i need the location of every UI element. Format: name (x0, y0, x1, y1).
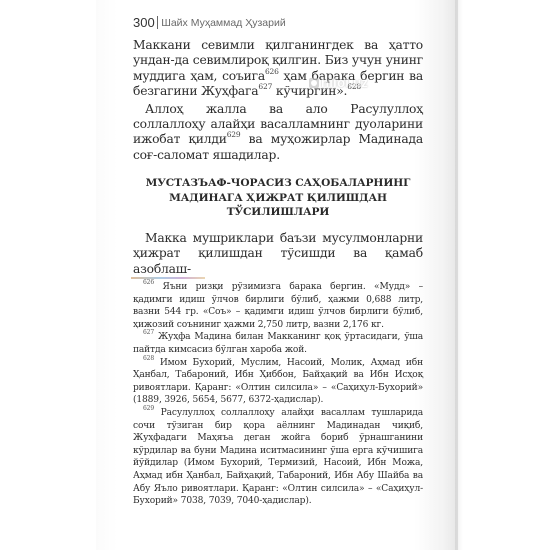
footnote: 626 Яъни ризқи рўзимизга барака бергин. … (133, 281, 423, 331)
section-heading-line: ТЎСИЛИШЛАРИ (133, 205, 423, 220)
page-number: 300 (133, 15, 155, 30)
footnote-number: 628 (143, 355, 154, 362)
watermark-text: hilol.uz (321, 75, 368, 90)
header-divider (157, 16, 159, 29)
footnote-number: 629 (143, 405, 154, 412)
footnote: 627 Жуҳфа Мадина билан Макканинг қоқ ўрт… (133, 331, 423, 356)
watermark: hilol.uz (309, 75, 368, 90)
footnote-number: 626 (143, 279, 154, 286)
main-text: Маккани севимли қилганингдек ва ҳатто ун… (133, 38, 423, 163)
paragraph-1: Маккани севимли қилганингдек ва ҳатто ун… (133, 38, 423, 100)
footnotes: 626 Яъни ризқи рўзимизга барака бергин. … (133, 281, 423, 508)
footnote: 629 Расулуллоҳ соллаллоҳу алайҳи васалла… (133, 407, 423, 508)
footnote-ref: 629 (227, 130, 241, 139)
section-heading-line: МАДИНАГА ҲИЖРАТ ҚИЛИШДАН (133, 191, 423, 206)
footnote-number: 627 (143, 329, 154, 336)
section-heading: МУСТАЗЪАФ-ЧОРАСИЗ САҲОБАЛАРНИНГ МАДИНАГА… (133, 176, 423, 220)
section-heading-line: МУСТАЗЪАФ-ЧОРАСИЗ САҲОБАЛАРНИНГ (133, 176, 423, 191)
footnote: 628 Имом Бухорий, Муслим, Насоий, Молик,… (133, 357, 423, 407)
book-page-photo: 300 Шайх Муҳаммад Ҳузарий Маккани севимл… (0, 0, 550, 550)
paragraph-3: Макка мушриклари баъзи мусулмонларни ҳиж… (133, 231, 423, 277)
running-header: 300 Шайх Муҳаммад Ҳузарий (133, 15, 286, 30)
camera-icon (309, 78, 319, 88)
header-author: Шайх Муҳаммад Ҳузарий (161, 17, 286, 29)
footnote-ref: 626 (265, 67, 279, 76)
page-edge-shadow (455, 0, 463, 550)
paragraph-2: Аллоҳ жалла ва ало Расулуллоҳ соллаллоҳу… (133, 102, 423, 164)
footnote-ref: 627 (258, 82, 272, 91)
